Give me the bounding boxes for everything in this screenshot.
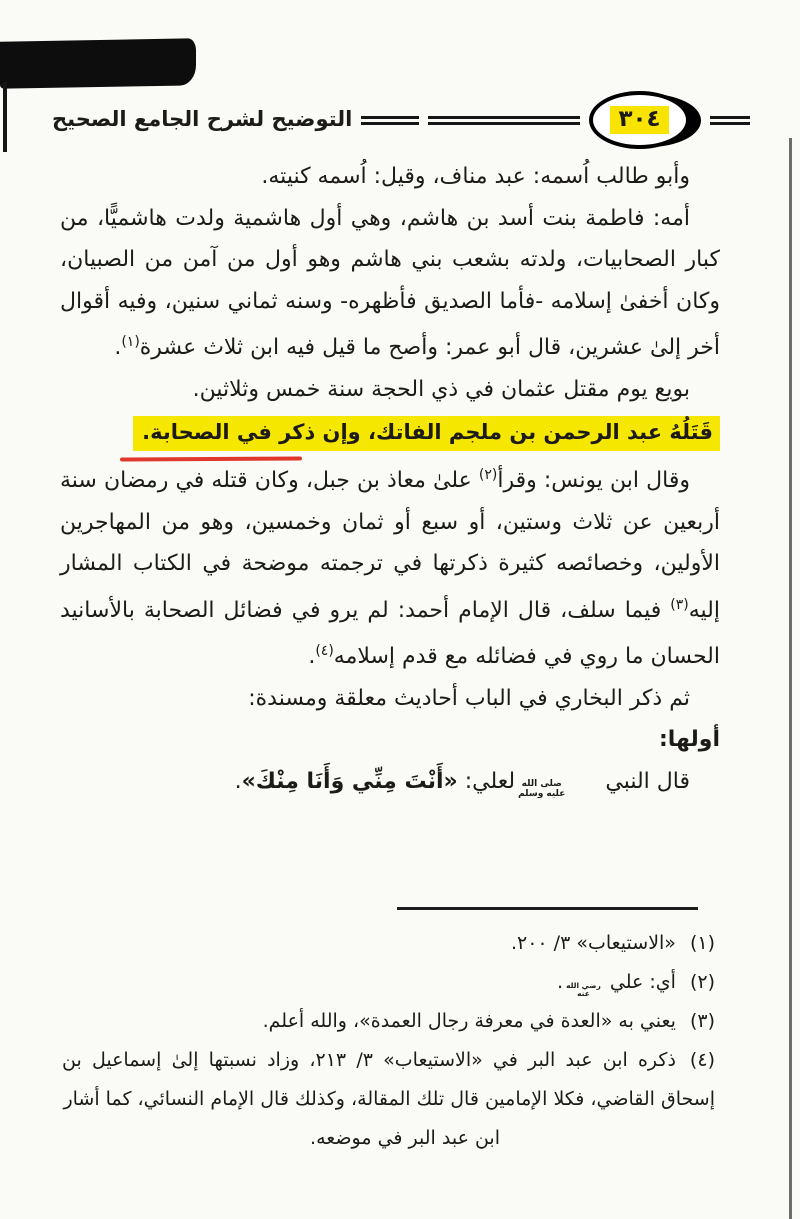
paragraph-text: فيما سلف، قال الإمام أحمد: لم يرو في فضا… xyxy=(60,598,720,670)
badge-oval: ٣٠٤ xyxy=(589,91,690,149)
highlighted-text: قَتَلُهُ عبد الرحمن بن ملجم الفاتك، وإن … xyxy=(133,416,720,451)
book-title: التوضيح لشرح الجامع الصحيح xyxy=(52,107,352,133)
honorific-line: عنه xyxy=(566,990,601,998)
footnote-text: «الاستيعاب» ٣/ ٢٠٠. xyxy=(511,932,676,954)
footnote-3: (٣)يعني به «العدة في معرفة رجال العمدة»،… xyxy=(62,1002,715,1041)
footnote-divider xyxy=(397,907,698,910)
book-page-scan: التوضيح لشرح الجامع الصحيح ٣٠٤ وأبو طالب… xyxy=(0,0,800,1219)
footnote-ref-1: (١) xyxy=(121,334,139,350)
period: . xyxy=(235,769,242,794)
footnote-1: (١)«الاستيعاب» ٣/ ٢٠٠. xyxy=(62,924,715,963)
page-number-badge: ٣٠٤ xyxy=(589,91,701,149)
footnote-4: (٤)ذكره ابن عبد البر في «الاستيعاب» ٣/ ٢… xyxy=(62,1041,715,1158)
footnote-text-last-line: ابن عبد البر في موضعه. xyxy=(62,1119,500,1158)
paragraph-mother: أمه: فاطمة بنت أسد بن هاشم، وهي أول هاشم… xyxy=(60,198,720,369)
footnote-ref-3: (٣) xyxy=(670,597,688,613)
heading-text: أولها: xyxy=(659,727,720,752)
footnote-marker: (١) xyxy=(690,924,715,963)
paragraph-text: وقال ابن يونس: وقرأ xyxy=(497,468,690,493)
period: . xyxy=(557,971,563,993)
paragraph-text: وأبو طالب اُسمه: عبد مناف، وقيل: اُسمه ك… xyxy=(261,164,690,189)
footnote-ref-4: (٤) xyxy=(315,643,333,659)
header-rule-long xyxy=(428,116,580,125)
footnote-text: يعني به «العدة في معرفة رجال العمدة»، وا… xyxy=(263,1010,676,1032)
hadith-intro: لعلي: xyxy=(458,769,515,794)
paragraph-highlighted: قَتَلُهُ عبد الرحمن بن ملجم الفاتك، وإن … xyxy=(60,410,720,455)
footnote-marker: (٢) xyxy=(690,963,715,1002)
radi-allahu-anhu-mark: رضي اللهعنه xyxy=(566,982,601,999)
page-header: التوضيح لشرح الجامع الصحيح ٣٠٤ xyxy=(52,90,750,150)
header-rule-right xyxy=(710,116,750,125)
paragraph-abu-talib: وأبو طالب اُسمه: عبد مناف، وقيل: اُسمه ك… xyxy=(60,156,720,198)
scan-edge-line-left xyxy=(3,82,7,152)
footnote-text: أي: علي xyxy=(604,971,676,993)
paragraph-text: بويع يوم مقتل عثمان في ذي الحجة سنة خمس … xyxy=(193,377,690,402)
scan-edge-line-right xyxy=(789,138,792,1219)
hadith-intro: قال النبي xyxy=(598,769,690,794)
paragraph-bayah: بويع يوم مقتل عثمان في ذي الحجة سنة خمس … xyxy=(60,369,720,411)
footnote-2: (٢)أي: علي رضي اللهعنه. xyxy=(62,963,715,1002)
paragraph-ibn-yunus: وقال ابن يونس: وقرأ(٢) علىٰ معاذ بن جبل،… xyxy=(60,455,720,678)
footnote-ref-2: (٢) xyxy=(479,467,497,483)
paragraph-first-heading: أولها: xyxy=(60,719,720,761)
paragraph-text: أمه: فاطمة بنت أسد بن هاشم، وهي أول هاشم… xyxy=(60,206,720,361)
paragraph-text: ثم ذكر البخاري في الباب أحاديث معلقة ومس… xyxy=(248,686,690,711)
paragraph-bukhari-chapter: ثم ذكر البخاري في الباب أحاديث معلقة ومس… xyxy=(60,678,720,720)
scan-ink-blob xyxy=(0,38,196,88)
honorific-line: عليه وسلم xyxy=(518,790,595,800)
header-rule-short xyxy=(361,116,419,125)
footnote-text: ذكره ابن عبد البر في «الاستيعاب» ٣/ ٢١٣،… xyxy=(62,1049,715,1110)
page-number: ٣٠٤ xyxy=(610,106,668,134)
footnote-marker: (٤) xyxy=(690,1041,715,1080)
footnote-marker: (٣) xyxy=(690,1002,715,1041)
body-text: وأبو طالب اُسمه: عبد مناف، وقيل: اُسمه ك… xyxy=(60,156,720,802)
footnotes-section: (١)«الاستيعاب» ٣/ ٢٠٠. (٢)أي: علي رضي ال… xyxy=(62,924,715,1158)
sallallahu-alayhi-wasallam-mark: صلى اللهعليه وسلم xyxy=(518,780,595,800)
paragraph-hadith: قال النبي صلى اللهعليه وسلملعلي: «أَنْتَ… xyxy=(60,761,720,803)
hadith-quote: «أَنْتَ مِنِّي وَأَنَا مِنْكَ» xyxy=(242,769,458,794)
